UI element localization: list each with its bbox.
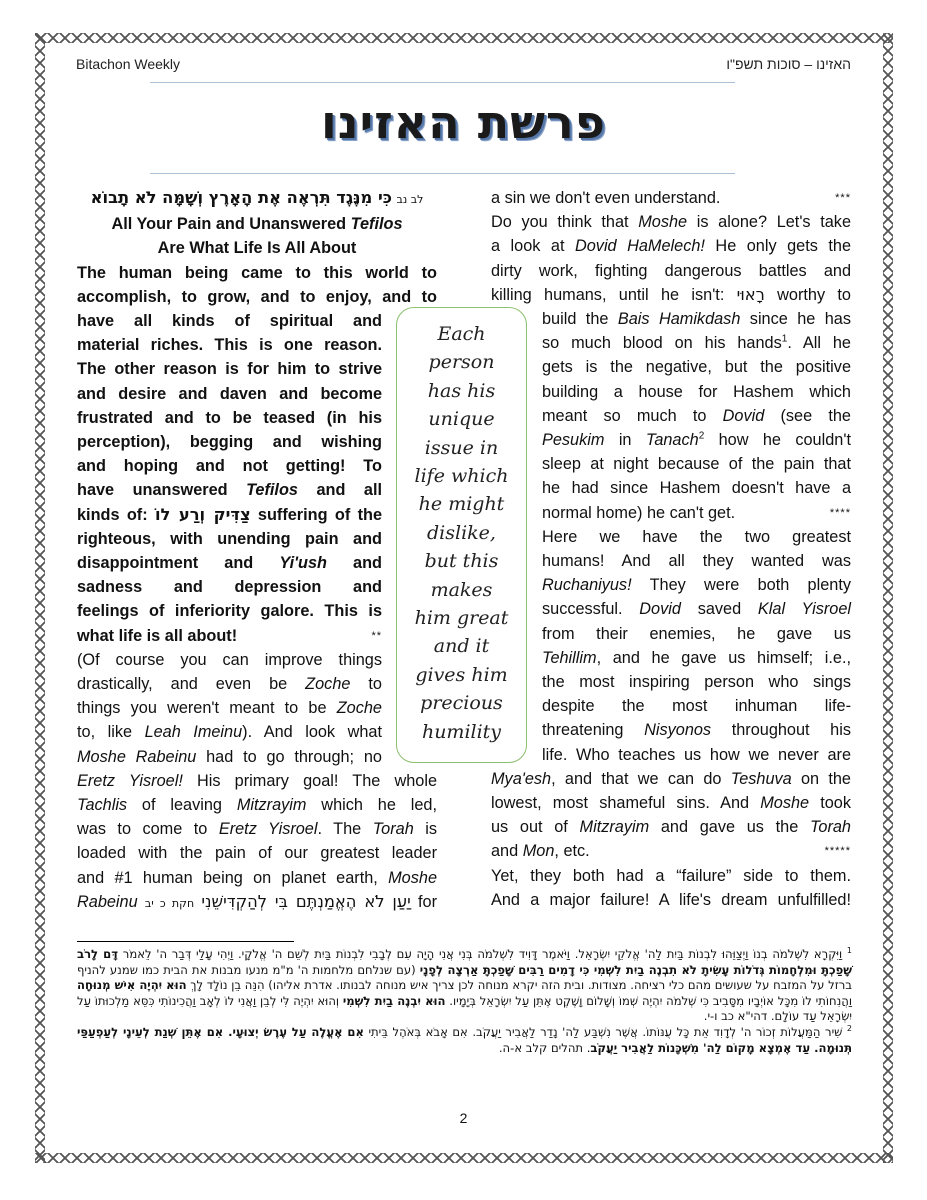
page-number: 2 <box>0 1110 927 1126</box>
text-line: have all kinds of spiritual and <box>77 309 382 333</box>
verse-text: כִּי מִנֶּגֶד תִּרְאֶה אֶת הָאָרֶץ וְשָׁ… <box>91 188 392 207</box>
verse-line: כִּי מִנֶּגֶד תִּרְאֶה אֶת הָאָרֶץ וְשָׁ… <box>77 186 437 212</box>
text-line: sleep at night because of the pain that <box>542 452 851 476</box>
text-line: have unanswered Tefilos and all <box>77 478 382 502</box>
text-line: building a house for Hashem which <box>542 380 851 404</box>
text-line: what life is all about!** <box>77 624 382 648</box>
text-line: loaded with the pain of our greatest lea… <box>77 841 437 865</box>
headline-line-2: Are What Life Is All About <box>77 236 437 260</box>
text-line: and Mon, etc.***** <box>491 839 851 863</box>
footnote-number: 1 <box>847 946 852 955</box>
right-column: a sin we don't even understand.*** Do yo… <box>491 186 851 912</box>
text-line: humans! And all they wanted was <box>542 549 851 573</box>
text-line: successful. Dovid saved Klal Yisroel <box>542 597 851 621</box>
text-line: and #1 human being on planet earth, Mosh… <box>77 866 437 890</box>
text-line: material riches. This is one reason. <box>77 333 382 357</box>
text-line: perception), begging and wishing <box>77 430 382 454</box>
text-line: life. Who teaches us how we never are <box>542 743 851 767</box>
text-line: The other reason is for him to strive <box>77 357 382 381</box>
title-rule <box>150 173 735 174</box>
text-line: disappointment and Yi'ush and <box>77 551 382 575</box>
text-line: And a major failure! A life's dream unfu… <box>491 888 851 912</box>
footnote-1: 1 וַיִּקְרָא לִשְׁלֹמֹה בְנוֹ וַיְצַוֵּה… <box>77 947 852 1025</box>
section-stars: ** <box>371 624 382 648</box>
border-top <box>35 33 893 43</box>
section-stars: **** <box>830 501 851 525</box>
headline: All Your Pain and Unanswered Tefilos <box>77 212 437 236</box>
section-stars: ***** <box>825 839 851 863</box>
text-line: us out of Mitzrayim and gave us the Tora… <box>491 815 851 839</box>
footnote-separator <box>77 941 294 942</box>
text-line: Do you think that Moshe is alone? Let's … <box>491 210 851 234</box>
text-line: a look at Dovid HaMelech! He only gets t… <box>491 234 851 258</box>
text-line: a sin we don't even understand.*** <box>491 186 851 210</box>
text-line: accomplish, to grow, and to enjoy, and t… <box>77 285 437 309</box>
bold-paragraph: The human being came to this world to ac… <box>77 261 437 648</box>
text-line: he had since Hashem doesn't have a <box>542 476 851 500</box>
headline-text: All Your Pain and Unanswered <box>111 215 350 233</box>
text-line: was to come to Eretz Yisroel. The Torah … <box>77 817 437 841</box>
header-rule <box>150 82 735 83</box>
text-line: Eretz Yisroel! His primary goal! The who… <box>77 769 437 793</box>
text-line: Tachlis of leaving Mitzrayim which he le… <box>77 793 437 817</box>
paragraph-2: (Of course you can improve things drasti… <box>77 648 437 916</box>
text-line: the most inspiring person who sings <box>542 670 851 694</box>
page-title: פרשת האזינו <box>0 95 927 149</box>
text-line: Ruchaniyus! They were both plenty <box>542 573 851 597</box>
issue-label: האזינו – סוכות תשפ"ו <box>726 56 851 72</box>
text-line: things you weren't meant to be Zoche <box>77 696 382 720</box>
section-stars: *** <box>835 186 851 210</box>
text-line: to, like Leah Imeinu). And look what <box>77 720 382 744</box>
text-line: The human being came to this world to <box>77 261 437 285</box>
text-line: despite the most inhuman life- <box>542 694 851 718</box>
text-line: Pesukim in Tanach2 how he couldn't <box>542 428 851 452</box>
footnote-number: 2 <box>847 1024 852 1033</box>
text-line: feelings of inferiority galore. This is <box>77 599 382 623</box>
text-line: gets is the negative, but the positive <box>542 355 851 379</box>
text-line: drastically, and even be Zoche to <box>77 672 382 696</box>
text-line: Mya'esh, and that we can do Teshuva on t… <box>491 767 851 791</box>
text-line: Rabeinu חקת כ יב יַעַן לֹא הֶאֱמַנְתֶּם … <box>77 890 437 916</box>
footnote-2: 2 שִׁיר הַמַּעֲלוֹת זְכוֹר ה' לְדָוִד אֵ… <box>77 1025 852 1056</box>
text-line: Yet, they both had a “failure” side to t… <box>491 864 851 888</box>
text-line: normal home) he can't get.**** <box>542 501 851 525</box>
text-line: righteous, with unending pain and <box>77 527 382 551</box>
footnotes: 1 וַיִּקְרָא לִשְׁלֹמֹה בְנוֹ וַיְצַוֵּה… <box>77 947 852 1056</box>
text-line: and hoping and not getting! To <box>77 454 382 478</box>
border-left <box>35 33 45 1163</box>
publication-name: Bitachon Weekly <box>76 56 180 72</box>
text-line: build the Bais Hamikdash since he has <box>542 307 851 331</box>
border-bottom <box>35 1153 893 1163</box>
text-line: and desire and daven and become <box>77 382 382 406</box>
headline-italic: Tefilos <box>351 215 403 233</box>
text-line: dirty work, fighting dangerous battles a… <box>491 259 851 283</box>
text-line: frustrated and to be teased (in his <box>77 406 382 430</box>
border-right <box>883 33 893 1163</box>
text-line: threatening Nisyonos throughout his <box>542 718 851 742</box>
left-column: כִּי מִנֶּגֶד תִּרְאֶה אֶת הָאָרֶץ וְשָׁ… <box>77 186 437 916</box>
text-line: killing humans, until he isn't: רָאוּי w… <box>491 283 851 307</box>
text-line: Here we have the two greatest <box>542 525 851 549</box>
text-line: from their enemies, he gave us <box>542 622 851 646</box>
text-line: Tehillim, and he gave us himself; i.e., <box>542 646 851 670</box>
text-line: lowest, most shameful sins. And Moshe to… <box>491 791 851 815</box>
text-line: Moshe Rabeinu had to go through; no <box>77 745 382 769</box>
verse-ref: לב נב <box>397 193 424 206</box>
text-line: so much blood on his hands1. All he <box>542 331 851 355</box>
text-line: sadness and depression and <box>77 575 382 599</box>
text-line: kinds of: צַדִּיק וְרַע לוֹ suffering of… <box>77 503 382 527</box>
text-line: (Of course you can improve things <box>77 648 382 672</box>
text-line: meant so much to Dovid (see the <box>542 404 851 428</box>
